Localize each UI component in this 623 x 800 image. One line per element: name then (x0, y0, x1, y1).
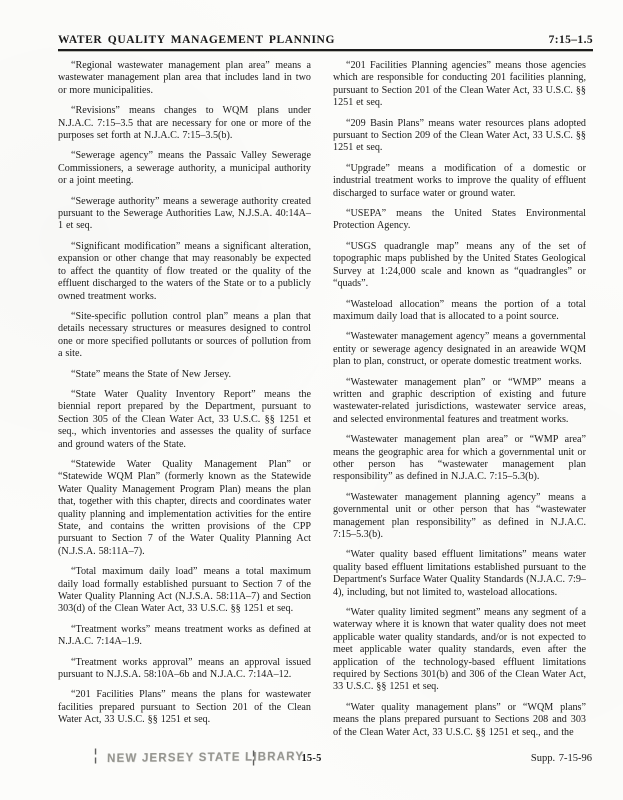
definition-paragraph: “USEPA” means the United States Environm… (333, 208, 586, 233)
definition-paragraph: “Regional wastewater management plan are… (58, 60, 311, 97)
document-page: WATER QUALITY MANAGEMENT PLANNING 7:15–1… (0, 0, 623, 800)
definition-paragraph: “Wasteload allocation” means the portion… (333, 299, 586, 324)
definition-paragraph: “State” means the State of New Jersey. (58, 369, 311, 381)
definition-paragraph: “209 Basin Plans” means water resources … (333, 118, 586, 155)
page-number: 15-5 (0, 753, 623, 764)
definition-paragraph: “Water quality based effluent limitation… (333, 549, 586, 599)
definition-paragraph: “Wastewater management plan” or “WMP” me… (333, 377, 586, 427)
definition-paragraph: “Site-specific pollution control plan” m… (58, 311, 311, 361)
left-column: “Regional wastewater management plan are… (58, 60, 311, 747)
definition-paragraph: “Wastewater management agency” means a g… (333, 331, 586, 368)
definition-paragraph: “Upgrade” means a modification of a dome… (333, 163, 586, 200)
page-header: WATER QUALITY MANAGEMENT PLANNING 7:15–1… (58, 34, 593, 52)
header-rule (58, 49, 593, 52)
definition-paragraph: “Significant modification” means a signi… (58, 241, 311, 303)
definition-paragraph: “State Water Quality Inventory Report” m… (58, 389, 311, 451)
definition-paragraph: “USGS quadrangle map” means any of the s… (333, 241, 586, 291)
definition-paragraph: “Treatment works” means treatment works … (58, 624, 311, 649)
definitions-body: “Regional wastewater management plan are… (58, 60, 586, 747)
definition-paragraph: “Water quality management plans” or “WQM… (333, 702, 586, 739)
definition-paragraph: “201 Facilities Plans” means the plans f… (58, 689, 311, 726)
supplement-date: Supp. 7-15-96 (531, 753, 592, 764)
definition-paragraph: “Total maximum daily load” means a total… (58, 566, 311, 616)
definition-paragraph: “Wastewater management planning agency” … (333, 492, 586, 542)
definition-paragraph: “Sewerage agency” means the Passaic Vall… (58, 150, 311, 187)
definition-paragraph: “Treatment works approval” means an appr… (58, 657, 311, 682)
definition-paragraph: “Statewide Water Quality Management Plan… (58, 459, 311, 558)
definition-paragraph: “Water quality limited segment” means an… (333, 607, 586, 694)
page-title: WATER QUALITY MANAGEMENT PLANNING (58, 34, 335, 46)
page-footer: ¦ NEW JERSEY STATE LIBRARY ¦ 15-5 Supp. … (0, 750, 623, 776)
definition-paragraph: “Wastewater management plan area” or “WM… (333, 434, 586, 484)
definition-paragraph: “Revisions” means changes to WQM plans u… (58, 105, 311, 142)
right-column: “201 Facilities Planning agencies” means… (333, 60, 586, 747)
definition-paragraph: “201 Facilities Planning agencies” means… (333, 60, 586, 110)
definition-paragraph: “Sewerage authority” means a sewerage au… (58, 196, 311, 233)
section-number: 7:15–1.5 (549, 34, 593, 46)
